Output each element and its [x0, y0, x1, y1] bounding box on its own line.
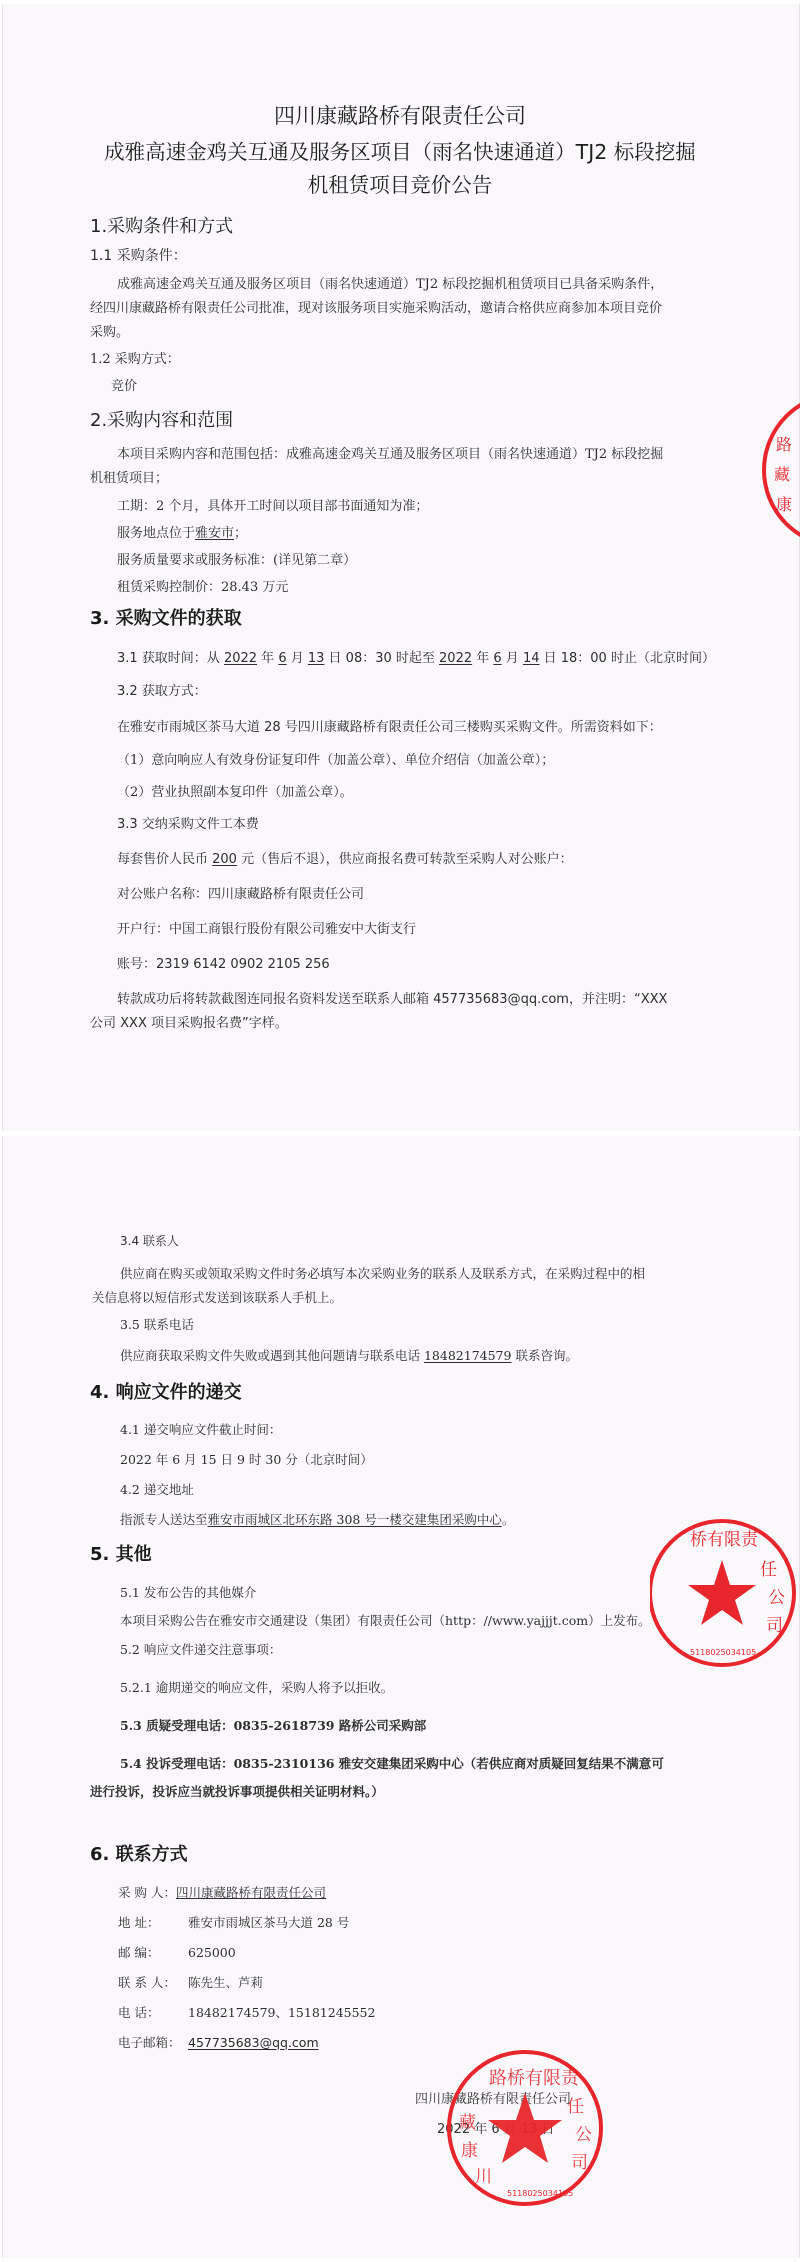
- duration: 工期：2 个月，具体开工时间以项目部书面通知为准；: [117, 495, 428, 514]
- svg-text:川: 川: [475, 2167, 492, 2187]
- acquisition-method-label: 3.2 获取方式：: [117, 680, 207, 699]
- scope-line1: 本项目采购内容和范围包括：成雅高速金鸡关互通及服务区项目（雨名快速通道）TJ2 …: [117, 443, 663, 462]
- deadline-value: 2022 年 6 月 15 日 9 时 30 分（北京时间）: [120, 1450, 373, 1468]
- scope-line2: 机租赁项目；: [90, 467, 168, 486]
- acquisition-time: 3.1 获取时间：从 2022 年 6 月 13 日 08：30 时起至 202…: [117, 647, 715, 666]
- contact-row-phone: 电 话：18482174579、15181245552: [118, 2003, 375, 2021]
- complaint-line1: 5.4 投诉受理电话：0835-2310136 雅安交建集团采购中心（若供应商对…: [120, 1754, 664, 1772]
- section1-sub2-label: 1.2 采购方式：: [90, 348, 180, 367]
- section1-sub1-label: 1.1 采购条件：: [90, 245, 187, 265]
- contact-phone-label: 3.5 联系电话: [120, 1315, 194, 1333]
- contact-row-person: 联 系 人：陈先生、芦莉: [118, 1973, 263, 1991]
- media-label: 5.1 发布公告的其他媒介: [120, 1583, 256, 1601]
- announcement-title-line2: 机租赁项目竞价公告: [0, 168, 800, 198]
- section1-body-line1: 成雅高速金鸡关互通及服务区项目（雨名快速通道）TJ2 标段挖掘机租赁项目已具备采…: [117, 273, 663, 292]
- svg-text:桥有限责: 桥有限责: [690, 1530, 759, 1550]
- transfer-note-line1: 转款成功后将转款截图连同报名资料发送至联系人邮箱 457735683@qq.co…: [117, 988, 667, 1007]
- announcement-title-line1: 成雅高速金鸡关互通及服务区项目（雨名快速通道）TJ2 标段挖掘: [0, 135, 800, 165]
- svg-text:藏: 藏: [459, 2113, 476, 2133]
- svg-text:康: 康: [461, 2141, 478, 2161]
- requirement-2: （2）营业执照副本复印件（加盖公章）。: [117, 781, 353, 800]
- section5-heading: 5. 其他: [90, 1540, 152, 1566]
- section1-body-line3: 采购。: [90, 321, 129, 340]
- fee-label: 3.3 交纳采购文件工本费: [117, 813, 259, 832]
- contact-row-postcode: 邮 编：625000: [118, 1943, 236, 1961]
- section3-heading: 3. 采购文件的获取: [90, 604, 242, 630]
- price-cap: 租赁采购控制价：28.43 万元: [117, 576, 288, 595]
- official-seal-partial-icon: 路 藏 康: [760, 390, 800, 550]
- address-label: 4.2 递交地址: [120, 1480, 194, 1498]
- acquisition-method-body: 在雅安市雨城区茶马大道 28 号四川康藏路桥有限责任公司三楼购买采购文件。所需资…: [117, 716, 662, 735]
- notes-label: 5.2 响应文件递交注意事项：: [120, 1640, 281, 1658]
- account-name: 对公账户名称：四川康藏路桥有限责任公司: [117, 883, 364, 902]
- transfer-note-line2: 公司 XXX 项目采购报名费”字样。: [90, 1012, 288, 1031]
- company-title: 四川康藏路桥有限责任公司: [0, 100, 800, 130]
- note-late-submission: 5.2.1 逾期递交的响应文件，采购人将予以拒收。: [120, 1678, 393, 1696]
- requirement-1: （1）意向响应人有效身份证复印件（加盖公章）、单位介绍信（加盖公章）；: [117, 749, 554, 768]
- email-link[interactable]: 457735683@qq.com: [188, 2035, 319, 2050]
- section1-body-line2: 经四川康藏路桥有限责任公司批准，现对该服务项目实施采购活动，邀请合格供应商参加本…: [90, 297, 662, 316]
- section2-heading: 2.采购内容和范围: [90, 406, 233, 432]
- section4-heading: 4. 响应文件的递交: [90, 1378, 242, 1404]
- procurement-method-value: 竞价: [111, 375, 137, 394]
- svg-text:路: 路: [776, 435, 792, 454]
- contact-person-line1: 供应商在购买或领取采购文件时务必填写本次采购业务的联系人及联系方式，在采购过程中…: [120, 1264, 645, 1282]
- contact-person-line2: 关信息将以短信形式发送到该联系人手机上。: [92, 1288, 342, 1306]
- svg-text:司: 司: [766, 1616, 783, 1636]
- contact-row-email: 电子邮箱：457735683@qq.com: [118, 2033, 319, 2051]
- svg-text:5118025034105: 5118025034105: [690, 1648, 756, 1657]
- contact-person-label: 3.4 联系人: [120, 1232, 179, 1249]
- media-body: 本项目采购公告在雅安市交通建设（集团）有限责任公司（http：//www.yaj…: [120, 1611, 651, 1629]
- section1-heading: 1.采购条件和方式: [90, 212, 233, 238]
- submission-address: 指派专人送达至雅安市雨城区北环东路 308 号一楼交建集团采购中心。: [120, 1510, 514, 1528]
- svg-text:藏: 藏: [774, 465, 790, 484]
- svg-text:康: 康: [776, 495, 792, 514]
- bank-name: 开户行：中国工商银行股份有限公司雅安中大街支行: [117, 918, 416, 937]
- section6-heading: 6. 联系方式: [90, 1840, 188, 1866]
- svg-text:公: 公: [768, 1588, 785, 1608]
- account-number: 账号：2319 6142 0902 2105 256: [117, 953, 330, 972]
- svg-text:司: 司: [571, 2153, 588, 2173]
- contact-row-address: 地 址：雅安市雨城区茶马大道 28 号: [118, 1913, 349, 1931]
- svg-text:路桥有限责: 路桥有限责: [489, 2068, 580, 2089]
- contact-phone-line: 供应商获取采购文件失败或遇到其他问题请与联系电话 18482174579 联系咨…: [120, 1346, 578, 1364]
- deadline-label: 4.1 递交响应文件截止时间：: [120, 1420, 281, 1438]
- query-phone: 5.3 质疑受理电话：0835-2618739 路桥公司采购部: [120, 1716, 426, 1734]
- svg-text:5118025034105: 5118025034105: [507, 2189, 573, 2198]
- service-location: 服务地点位于雅安市；: [117, 522, 247, 541]
- complaint-line2: 进行投诉，投诉应当就投诉事项提供相关证明材料。）: [90, 1782, 384, 1800]
- svg-text:任: 任: [760, 1560, 777, 1580]
- service-quality: 服务质量要求或服务标准：(详见第二章）: [117, 549, 356, 568]
- contact-row-purchaser: 采 购 人：四川康藏路桥有限责任公司: [118, 1883, 350, 1901]
- svg-text:公: 公: [575, 2125, 592, 2145]
- fee-line: 每套售价人民币 200 元（售后不退），供应商报名费可转款至采购人对公账户：: [117, 848, 573, 867]
- svg-text:任: 任: [567, 2097, 584, 2117]
- official-seal-icon: 桥有限责 任 公 司 5118025034105: [650, 1505, 800, 1685]
- signature-seal-icon: 路桥有限责 任 公 司 藏 康 川 5118025034105: [445, 2048, 605, 2208]
